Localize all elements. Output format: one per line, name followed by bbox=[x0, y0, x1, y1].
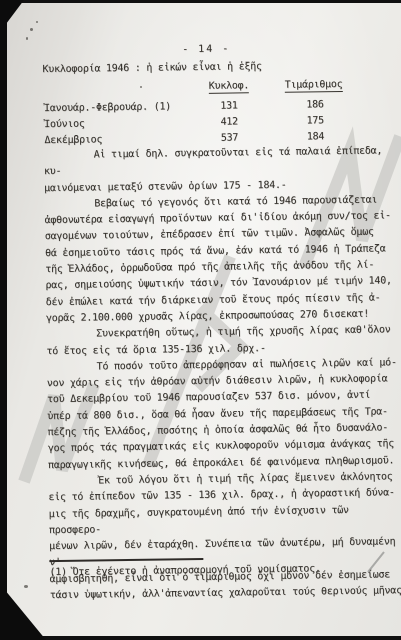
body-text: Αἱ τιμαί δηλ. συγκρατοῦνται εἰς τά παλαι… bbox=[44, 143, 401, 604]
scan-edge-bottom bbox=[0, 636, 401, 640]
body-paragraph: Συνεκρατήθη οὕτως, ἡ τιμή τῆς χρυσῆς λίρ… bbox=[46, 323, 398, 361]
body-paragraph: Ἐκ τοῦ λόγου ὅτι ἡ τιμή τῆς λίρας ἔμεινε… bbox=[48, 469, 401, 604]
row-label: Ἰούνιος bbox=[44, 119, 85, 131]
page-content: - 14 - Κυκλοφορία 1946 : ἡ εἰκών εἶναι ἡ… bbox=[0, 0, 401, 640]
row-circulation-value: 131 bbox=[201, 100, 257, 112]
col-header-circulation: Κυκλοφ. bbox=[209, 80, 250, 94]
row-price-index-value: 184 bbox=[283, 131, 347, 143]
table-header-row: Κυκλοφ. Τιμάριθμος bbox=[0, 78, 398, 84]
scan-corner-top-left bbox=[0, 0, 24, 32]
row-price-index-value: 175 bbox=[283, 115, 347, 127]
paper-speck bbox=[26, 37, 28, 40]
paper-speck bbox=[140, 86, 142, 88]
scanned-page: - 14 - Κυκλοφορία 1946 : ἡ εἰκών εἶναι ἡ… bbox=[0, 0, 401, 640]
row-circulation-value: 412 bbox=[201, 116, 257, 128]
col-header-price-index: Τιμάριθμος bbox=[285, 79, 343, 93]
row-circulation-value: 537 bbox=[201, 132, 257, 144]
scan-edge-top bbox=[0, 0, 401, 3]
scan-corner-bottom-left bbox=[0, 584, 46, 640]
paper-speck bbox=[30, 28, 33, 31]
body-paragraph: Τό ποσόν τοῦτο ἀπερρόφησαν αἱ πωλήσεις λ… bbox=[47, 355, 401, 474]
intro-line: Κυκλοφορία 1946 : ἡ εἰκών εἶναι ἡ ἑξῆς bbox=[42, 61, 261, 75]
row-price-index-value: 186 bbox=[283, 99, 347, 111]
row-label: Δεκέμβριος bbox=[44, 134, 102, 146]
paper-speck bbox=[24, 585, 28, 588]
row-label: Ἰανουάρ.-Φεβρουάρ. (1) bbox=[44, 101, 171, 114]
body-paragraph: Βεβαίως τό γεγονός ὅτι κατά τό 1946 παρο… bbox=[44, 192, 398, 327]
scan-edge-left bbox=[0, 0, 7, 640]
paper-speck bbox=[36, 21, 38, 23]
body-paragraph: Αἱ τιμαί δηλ. συγκρατοῦνται εἰς τά παλαι… bbox=[44, 143, 397, 197]
page-number: - 14 - bbox=[146, 43, 266, 56]
